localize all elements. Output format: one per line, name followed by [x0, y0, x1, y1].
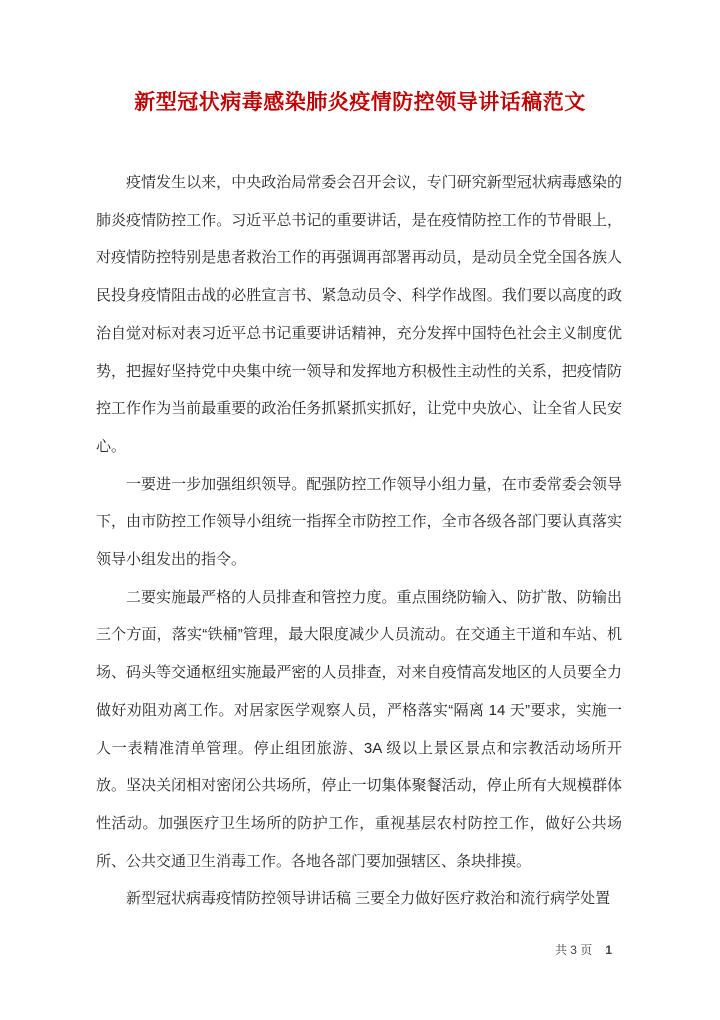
document-page: 新型冠状病毒感染肺炎疫情防控领导讲话稿范文 疫情发生以来，中央政治局常委会召开会… — [0, 0, 720, 1020]
paragraph-intro: 疫情发生以来，中央政治局常委会召开会议，专门研究新型冠状病毒感染的肺炎疫情防控工… — [96, 164, 622, 466]
paragraph-point-two: 二要实施最严格的人员排查和管控力度。重点围绕防输入、防扩散、防输出三个方面，落实… — [96, 579, 622, 881]
document-title: 新型冠状病毒感染肺炎疫情防控领导讲话稿范文 — [0, 88, 720, 118]
paragraph-point-one: 一要进一步加强组织领导。配强防控工作领导小组力量，在市委常委会领导下，由市防控工… — [96, 466, 622, 579]
document-body: 疫情发生以来，中央政治局常委会召开会议，专门研究新型冠状病毒感染的肺炎疫情防控工… — [96, 164, 622, 918]
paragraph-point-three: 新型冠状病毒疫情防控领导讲话稿 三要全力做好医疗救治和流行病学处置 — [96, 880, 622, 918]
page-footer: 共 3 页1 — [555, 942, 612, 958]
page-number: 1 — [605, 943, 612, 957]
total-pages-label: 共 3 页 — [555, 943, 592, 957]
